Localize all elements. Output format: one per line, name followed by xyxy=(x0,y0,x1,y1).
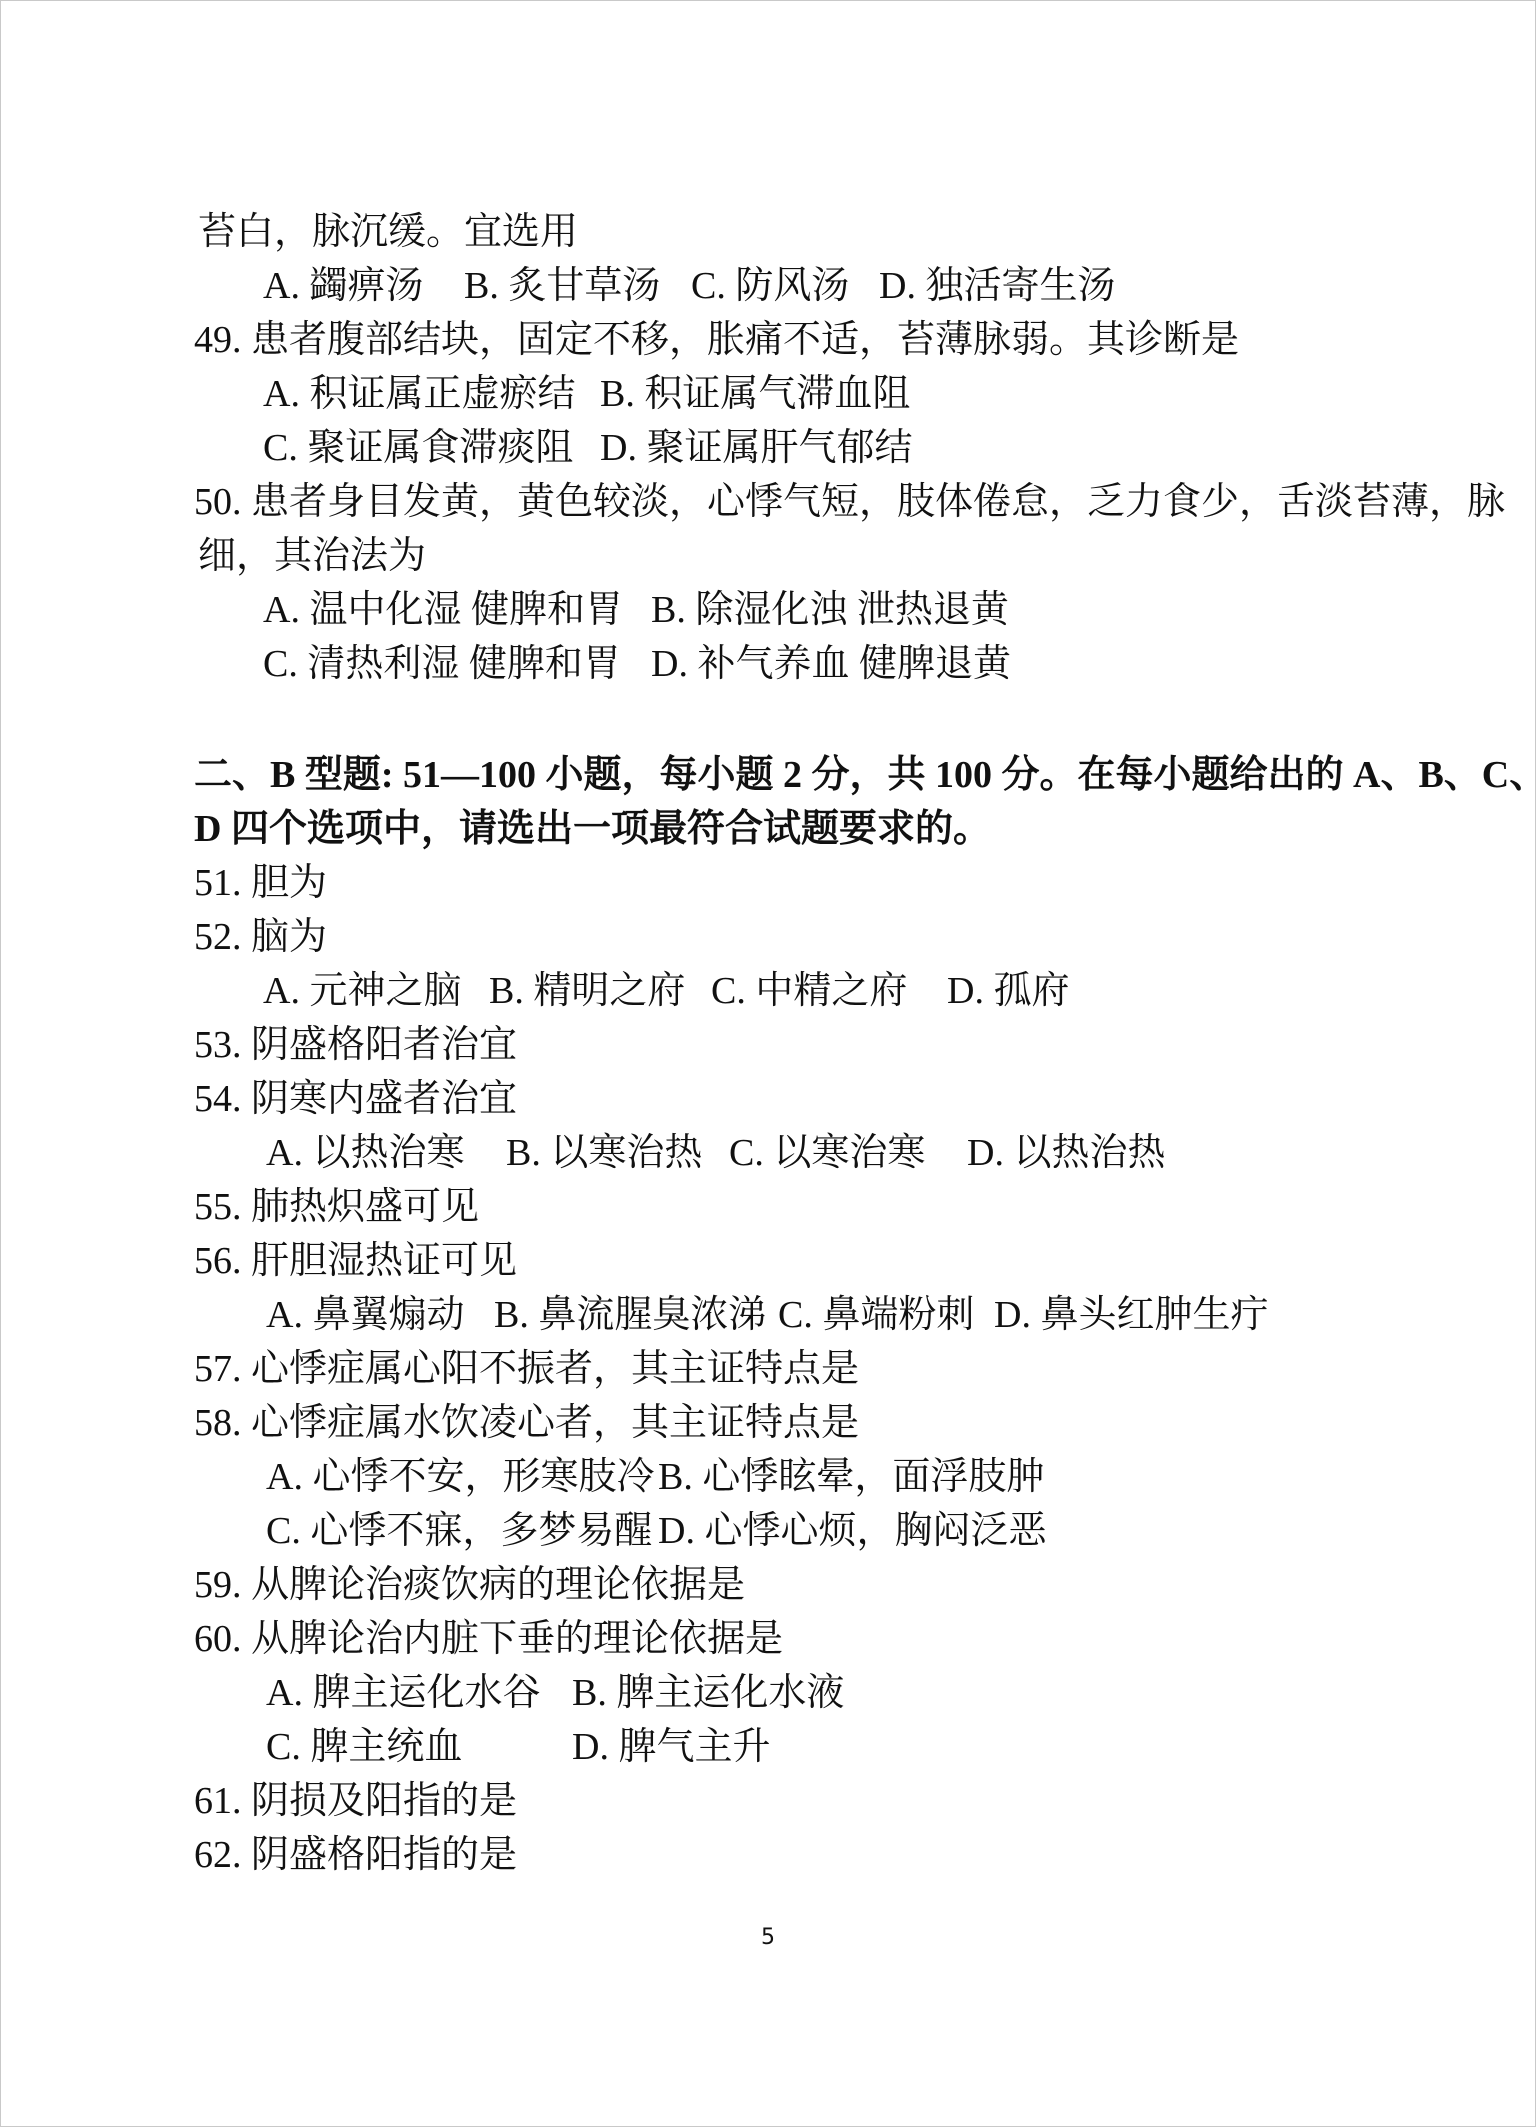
q52-option-c: C. 中精之府 xyxy=(711,964,907,1018)
q56-stem-text: 56. 肝胆湿热证可见 xyxy=(194,1234,517,1288)
q49-stem: 49. 患者腹部结块，固定不移，胀痛不适，苔薄脉弱。其诊断是 xyxy=(1,313,1535,367)
q61-stem-text: 61. 阴损及阳指的是 xyxy=(194,1774,517,1828)
q52-stem-text: 52. 脑为 xyxy=(194,910,327,964)
q52-option-a: A. 元神之脑 xyxy=(263,964,461,1018)
q55-stem: 55. 肺热炽盛可见 xyxy=(1,1180,1535,1234)
q49-option-a: A. 积证属正虚瘀结 xyxy=(263,367,575,421)
q50-option-b: B. 除湿化浊 泄热退黄 xyxy=(651,583,1009,637)
q49-options-row-1: A. 积证属正虚瘀结 B. 积证属气滞血阻 xyxy=(1,367,1535,421)
q56-options-row: A. 鼻翼煽动 B. 鼻流腥臭浓涕 C. 鼻端粉刺 D. 鼻头红肿生疔 xyxy=(1,1288,1535,1342)
q56-option-a: A. 鼻翼煽动 xyxy=(266,1288,464,1342)
q54-options-row: A. 以热治寒 B. 以寒治热 C. 以寒治寒 D. 以热治热 xyxy=(1,1126,1535,1180)
q57-stem-text: 57. 心悸症属心阳不振者，其主证特点是 xyxy=(194,1342,859,1396)
q53-stem-text: 53. 阴盛格阳者治宜 xyxy=(194,1018,517,1072)
q54-stem-text: 54. 阴寒内盛者治宜 xyxy=(194,1072,517,1126)
q62-stem-text: 62. 阴盛格阳指的是 xyxy=(194,1828,517,1882)
section-b-heading-text2: D 四个选项中，请选出一项最符合试题要求的。 xyxy=(194,802,991,856)
q48-option-d: D. 独活寄生汤 xyxy=(879,259,1115,313)
q50-option-d: D. 补气养血 健脾退黄 xyxy=(651,637,1011,691)
q58-option-d: D. 心悸心烦，胸闷泛恶 xyxy=(658,1504,1046,1558)
q60-options-row-1: A. 脾主运化水谷 B. 脾主运化水液 xyxy=(1,1666,1535,1720)
section-b-heading-line1: 二、B 型题: 51—100 小题，每小题 2 分，共 100 分。在每小题给出… xyxy=(1,748,1535,802)
q49-option-c: C. 聚证属食滞痰阻 xyxy=(263,421,573,475)
q58-option-b: B. 心悸眩晕，面浮肢肿 xyxy=(658,1450,1044,1504)
q56-option-d: D. 鼻头红肿生疔 xyxy=(994,1288,1268,1342)
q59-stem-text: 59. 从脾论治痰饮病的理论依据是 xyxy=(194,1558,745,1612)
q48-stem-text: 苔白，脉沉缓。宜选用 xyxy=(198,205,578,259)
q50-stem-line2: 细，其治法为 xyxy=(1,529,1535,583)
q50-option-a: A. 温中化湿 健脾和胃 xyxy=(263,583,623,637)
q49-option-b: B. 积证属气滞血阻 xyxy=(600,367,910,421)
q48-option-b: B. 炙甘草汤 xyxy=(464,259,660,313)
q48-options-row: A. 蠲痹汤 B. 炙甘草汤 C. 防风汤 D. 独活寄生汤 xyxy=(1,259,1535,313)
q60-option-b: B. 脾主运化水液 xyxy=(572,1666,844,1720)
q60-option-c: C. 脾主统血 xyxy=(266,1720,462,1774)
q54-option-b: B. 以寒治热 xyxy=(506,1126,702,1180)
q60-stem-text: 60. 从脾论治内脏下垂的理论依据是 xyxy=(194,1612,783,1666)
q50-stem-line1: 50. 患者身目发黄，黄色较淡，心悸气短，肢体倦怠，乏力食少，舌淡苔薄，脉 xyxy=(1,475,1535,529)
q52-option-d: D. 孤府 xyxy=(947,964,1069,1018)
q50-stem-text1: 50. 患者身目发黄，黄色较淡，心悸气短，肢体倦怠，乏力食少，舌淡苔薄，脉 xyxy=(194,475,1505,529)
q56-option-c: C. 鼻端粉刺 xyxy=(778,1288,974,1342)
q50-options-row-2: C. 清热利湿 健脾和胃 D. 补气养血 健脾退黄 xyxy=(1,637,1535,691)
q58-stem-text: 58. 心悸症属水饮凌心者，其主证特点是 xyxy=(194,1396,859,1450)
q59-stem: 59. 从脾论治痰饮病的理论依据是 xyxy=(1,1558,1535,1612)
q48-stem-continuation: 苔白，脉沉缓。宜选用 xyxy=(1,205,1535,259)
q58-stem: 58. 心悸症属水饮凌心者，其主证特点是 xyxy=(1,1396,1535,1450)
q57-stem: 57. 心悸症属心阳不振者，其主证特点是 xyxy=(1,1342,1535,1396)
q60-options-row-2: C. 脾主统血 D. 脾气主升 xyxy=(1,1720,1535,1774)
q50-stem-text2: 细，其治法为 xyxy=(198,529,426,583)
q49-options-row-2: C. 聚证属食滞痰阻 D. 聚证属肝气郁结 xyxy=(1,421,1535,475)
q49-option-d: D. 聚证属肝气郁结 xyxy=(600,421,912,475)
section-b-heading-line2: D 四个选项中，请选出一项最符合试题要求的。 xyxy=(1,802,1535,856)
q54-option-a: A. 以热治寒 xyxy=(266,1126,464,1180)
q60-option-a: A. 脾主运化水谷 xyxy=(266,1666,540,1720)
q51-stem: 51. 胆为 xyxy=(1,856,1535,910)
q60-option-d: D. 脾气主升 xyxy=(572,1720,770,1774)
q60-stem: 60. 从脾论治内脏下垂的理论依据是 xyxy=(1,1612,1535,1666)
q54-option-d: D. 以热治热 xyxy=(967,1126,1165,1180)
q61-stem: 61. 阴损及阳指的是 xyxy=(1,1774,1535,1828)
q48-option-a: A. 蠲痹汤 xyxy=(263,259,423,313)
q50-option-c: C. 清热利湿 健脾和胃 xyxy=(263,637,621,691)
page-number: 5 xyxy=(1,1923,1535,1953)
q54-stem: 54. 阴寒内盛者治宜 xyxy=(1,1072,1535,1126)
exam-page: 苔白，脉沉缓。宜选用 A. 蠲痹汤 B. 炙甘草汤 C. 防风汤 D. 独活寄生… xyxy=(0,0,1536,2127)
q51-stem-text: 51. 胆为 xyxy=(194,856,327,910)
q49-stem-text: 49. 患者腹部结块，固定不移，胀痛不适，苔薄脉弱。其诊断是 xyxy=(194,313,1239,367)
q52-options-row: A. 元神之脑 B. 精明之府 C. 中精之府 D. 孤府 xyxy=(1,964,1535,1018)
q56-option-b: B. 鼻流腥臭浓涕 xyxy=(494,1288,766,1342)
q52-option-b: B. 精明之府 xyxy=(489,964,685,1018)
q58-option-c: C. 心悸不寐，多梦易醒 xyxy=(266,1504,652,1558)
q50-options-row-1: A. 温中化湿 健脾和胃 B. 除湿化浊 泄热退黄 xyxy=(1,583,1535,637)
q58-option-a: A. 心悸不安，形寒肢冷 xyxy=(266,1450,654,1504)
q55-stem-text: 55. 肺热炽盛可见 xyxy=(194,1180,479,1234)
section-b-heading-text1: 二、B 型题: 51—100 小题，每小题 2 分，共 100 分。在每小题给出… xyxy=(194,748,1536,802)
q58-options-row-1: A. 心悸不安，形寒肢冷 B. 心悸眩晕，面浮肢肿 xyxy=(1,1450,1535,1504)
q52-stem: 52. 脑为 xyxy=(1,910,1535,964)
q54-option-c: C. 以寒治寒 xyxy=(729,1126,925,1180)
q53-stem: 53. 阴盛格阳者治宜 xyxy=(1,1018,1535,1072)
q62-stem: 62. 阴盛格阳指的是 xyxy=(1,1828,1535,1882)
q58-options-row-2: C. 心悸不寐，多梦易醒 D. 心悸心烦，胸闷泛恶 xyxy=(1,1504,1535,1558)
q56-stem: 56. 肝胆湿热证可见 xyxy=(1,1234,1535,1288)
q48-option-c: C. 防风汤 xyxy=(691,259,849,313)
